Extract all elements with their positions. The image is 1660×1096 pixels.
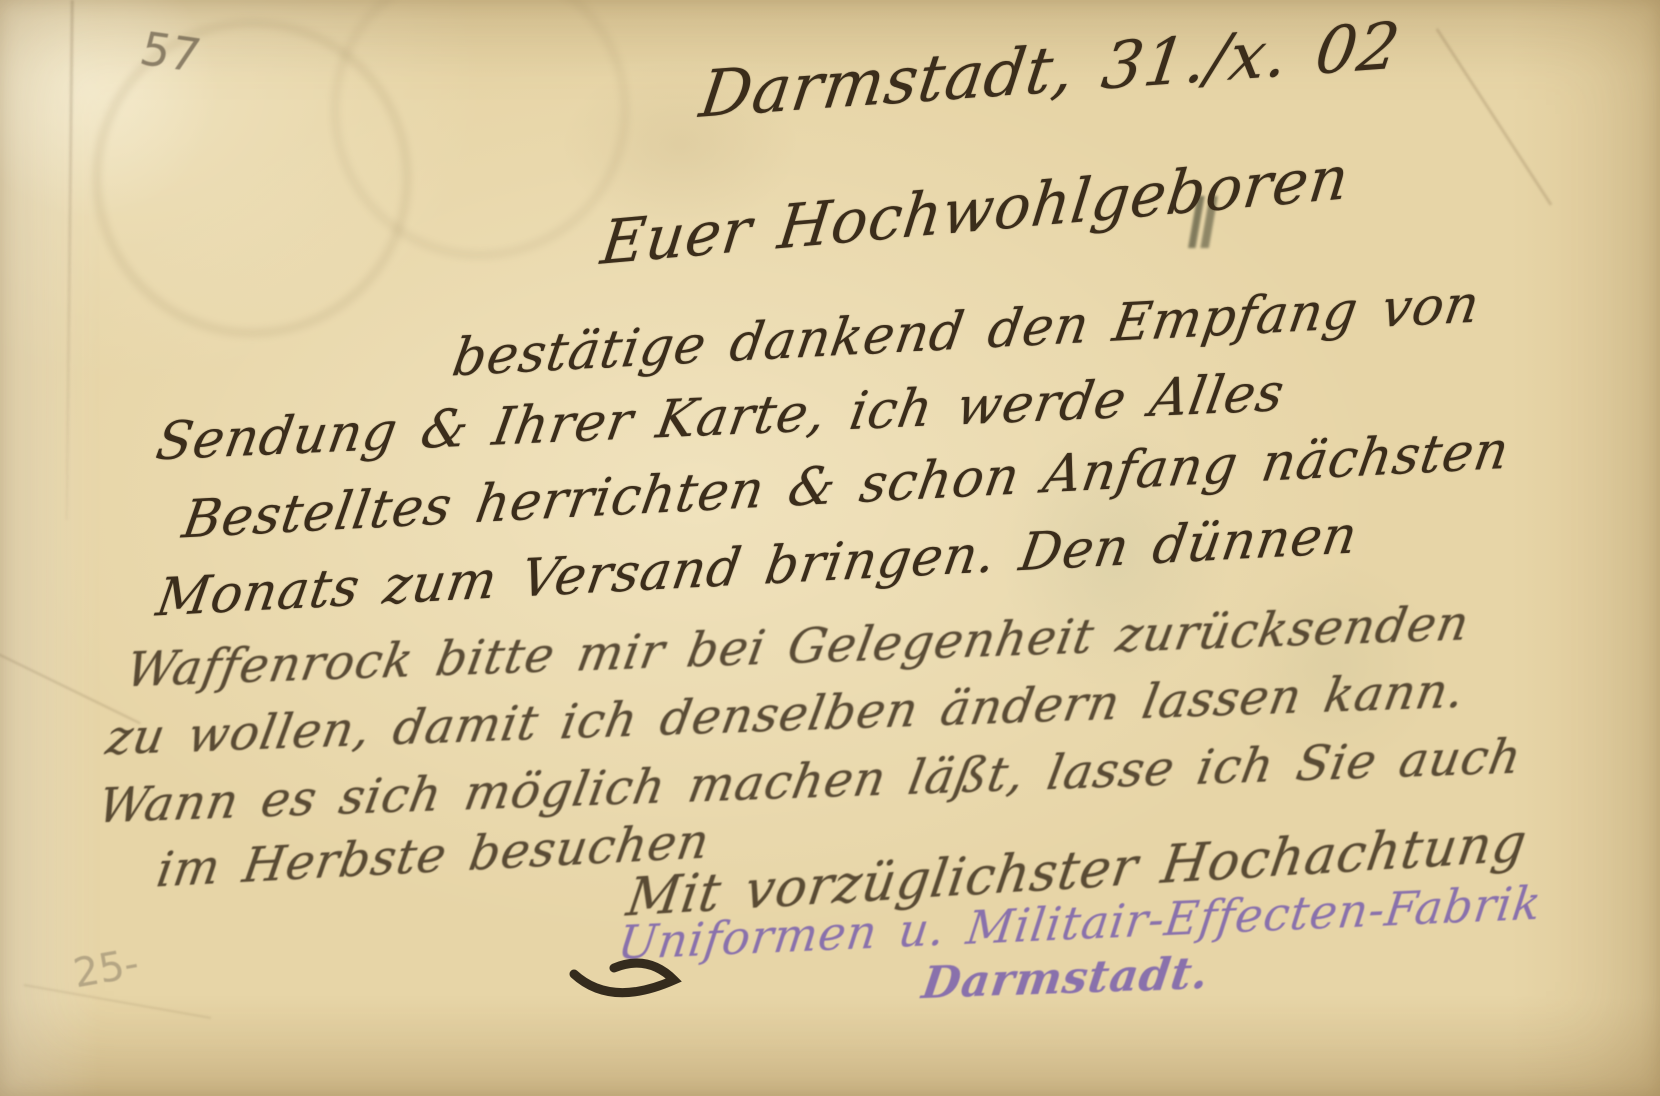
paper-crease (1435, 28, 1552, 206)
body-line: bestätige dankend den Empfang von (448, 274, 1484, 388)
pencil-note-bottom-left: 25- (70, 941, 142, 998)
postcard-scan: 57 25- Darmstadt, 31./x. 02 Euer Hochwoh… (0, 0, 1660, 1096)
dateline: Darmstadt, 31./x. 02 (695, 9, 1404, 133)
company-stamp-city: Darmstadt. (919, 948, 1212, 1009)
ink-flourish (556, 912, 696, 1012)
